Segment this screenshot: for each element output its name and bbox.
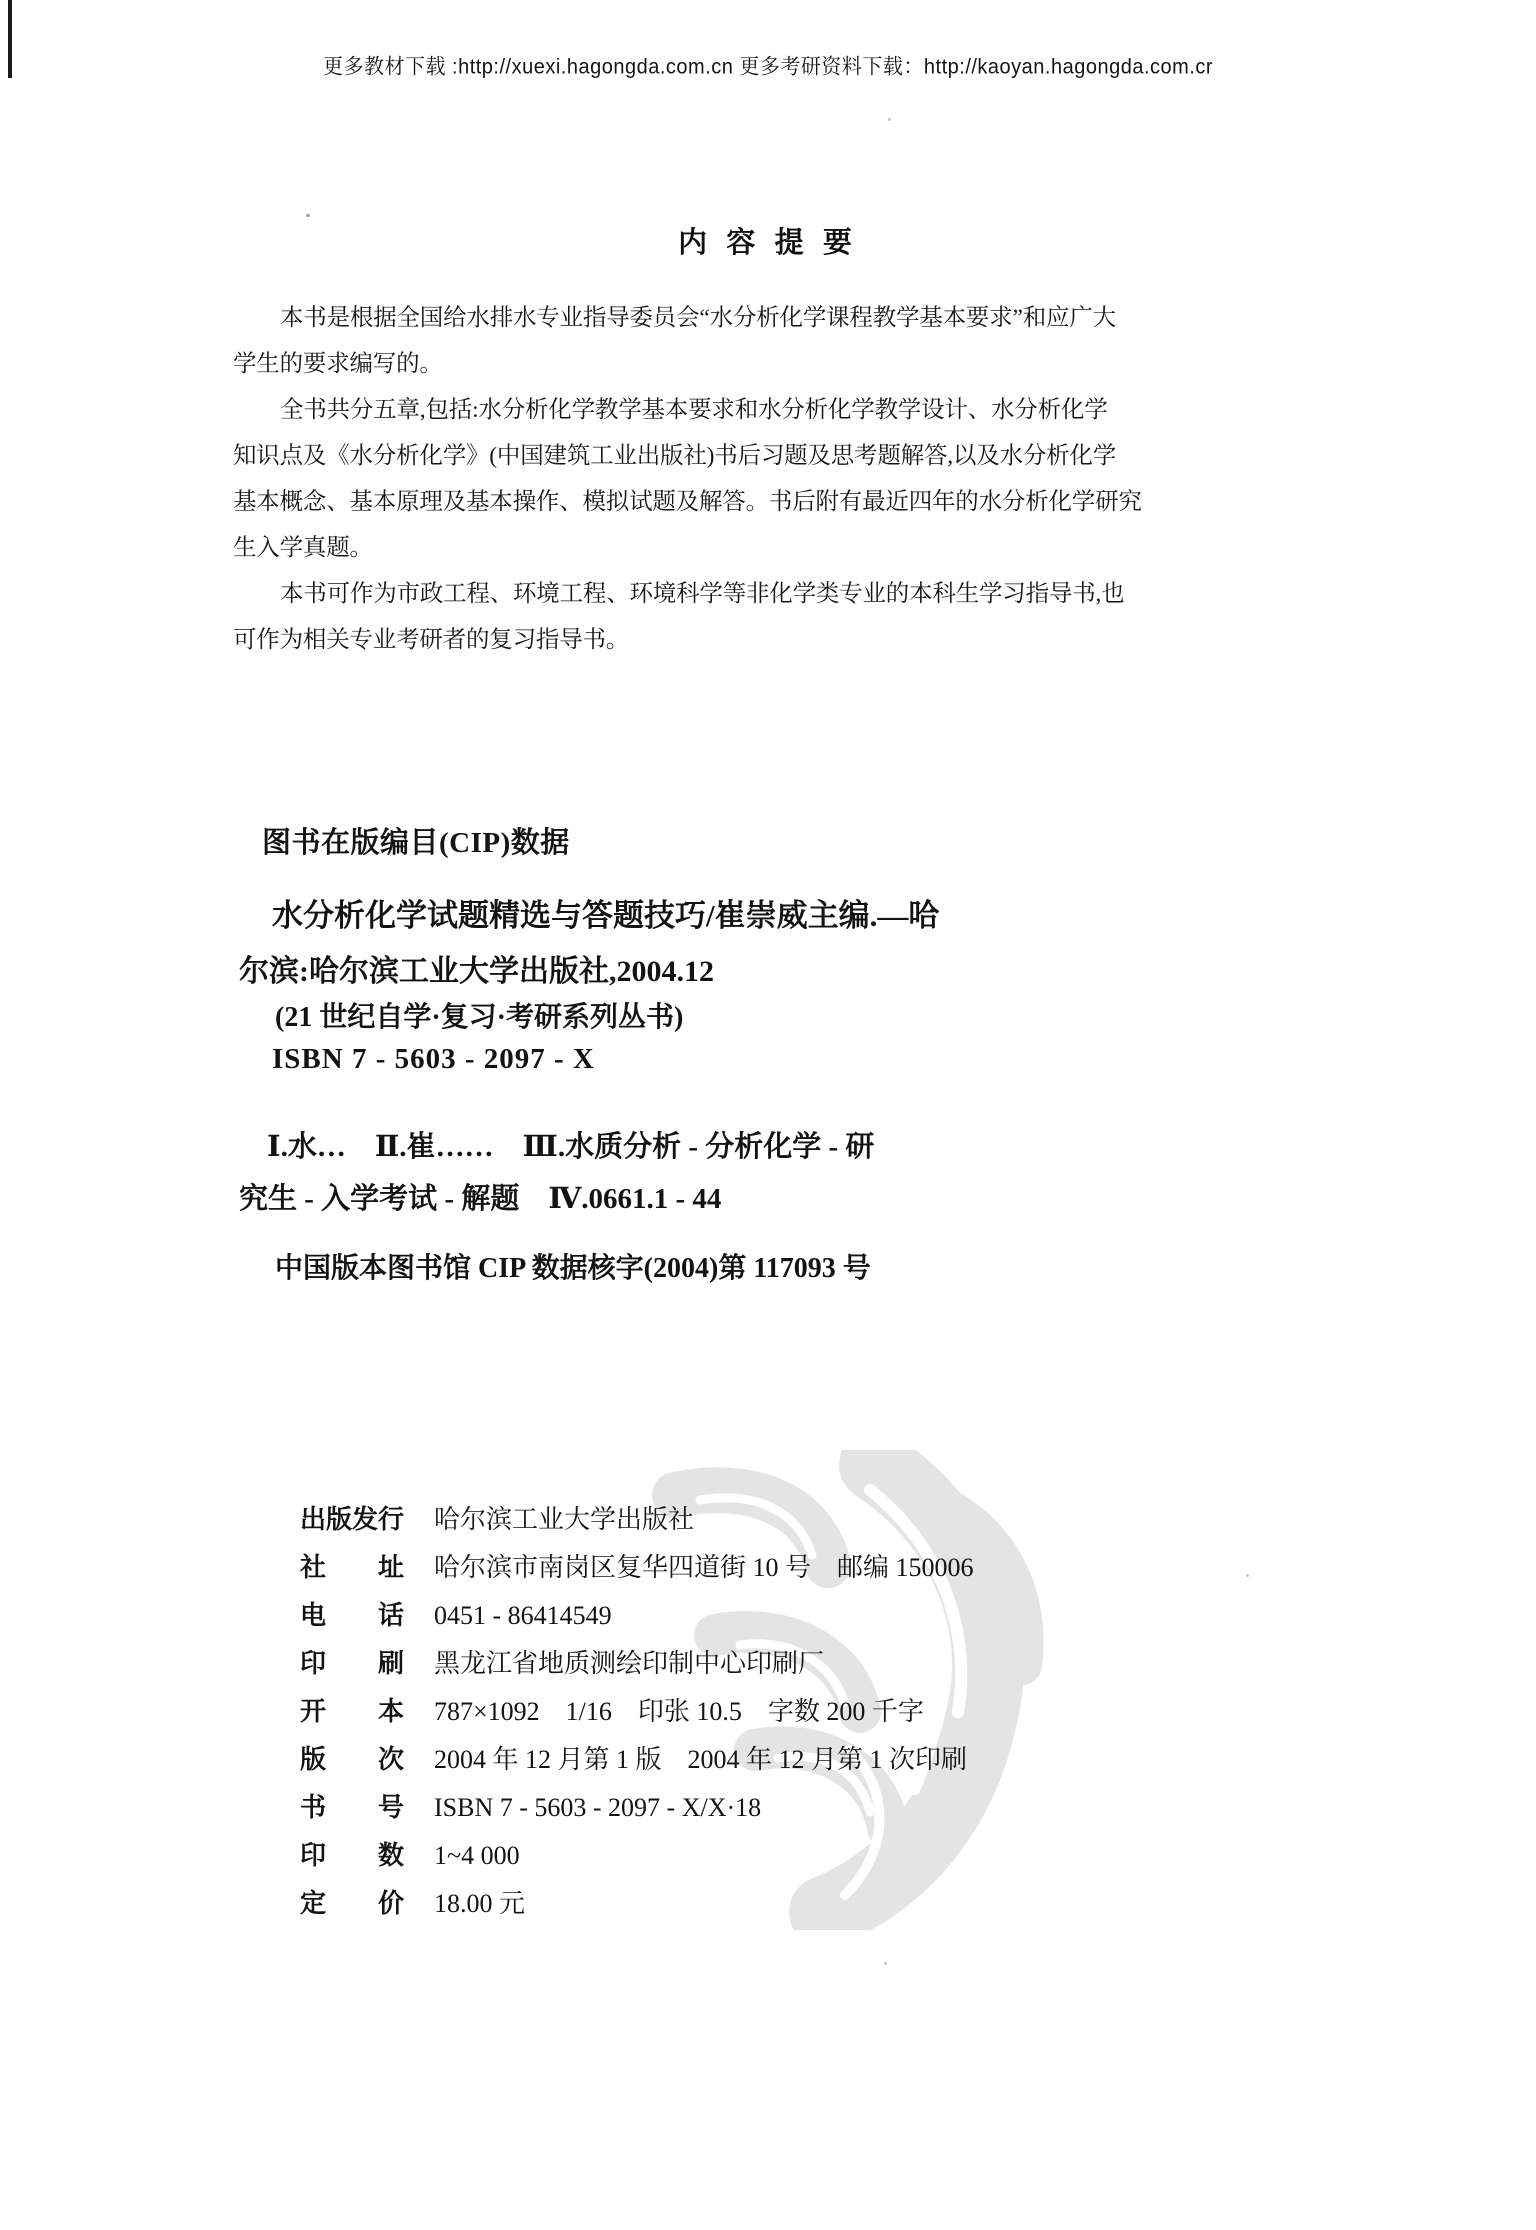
scan-speck (884, 1962, 887, 1965)
cip-registry-number: 中国版本图书馆 CIP 数据核字(2004)第 117093 号 (275, 1246, 871, 1286)
scan-speck (1246, 1574, 1249, 1577)
colophon-row: 定 价 18.00 元 (300, 1880, 974, 1928)
scan-speck (306, 214, 310, 217)
summary-line: 生入学真题。 (233, 525, 1093, 571)
colophon-row: 版 次 2004 年 12 月第 1 版 2004 年 12 月第 1 次印刷 (300, 1736, 974, 1784)
colophon-row: 书 号 ISBN 7 - 5603 - 2097 - X/X·18 (300, 1784, 974, 1832)
colophon-row: 出版发行 哈尔滨工业大学出版社 (300, 1496, 974, 1544)
cip-line: 尔滨:哈尔滨工业大学出版社,2004.12 (239, 946, 714, 990)
colophon-label: 出版发行 (300, 1496, 406, 1544)
colophon-block: 出版发行 哈尔滨工业大学出版社 社 址 哈尔滨市南岗区复华四道街 10 号 邮编… (300, 1496, 974, 1928)
colophon-label: 电 话 (300, 1592, 406, 1640)
colophon-label: 社 址 (300, 1544, 406, 1592)
download-links-header: 更多教材下载 :http://xuexi.hagongda.com.cn 更多考… (0, 49, 1536, 79)
colophon-label: 印 刷 (300, 1640, 406, 1688)
colophon-value: 2004 年 12 月第 1 版 2004 年 12 月第 1 次印刷 (434, 1736, 967, 1784)
cip-heading: 图书在版编目(CIP)数据 (262, 820, 570, 861)
colophon-value: 哈尔滨工业大学出版社 (434, 1496, 694, 1544)
colophon-label: 开 本 (300, 1688, 406, 1736)
scan-speck (888, 118, 891, 121)
colophon-value: 18.00 元 (434, 1880, 525, 1928)
colophon-value: 787×1092 1/16 印张 10.5 字数 200 千字 (434, 1688, 924, 1736)
cip-line: 水分析化学试题精选与答题技巧/崔崇威主编.—哈 (272, 890, 939, 935)
summary-line: 学生的要求编写的。 (233, 341, 1093, 387)
colophon-value: 哈尔滨市南岗区复华四道街 10 号 邮编 150006 (434, 1544, 974, 1592)
colophon-label: 定 价 (300, 1880, 406, 1928)
summary-line: 本书可作为市政工程、环境工程、环境科学等非化学类专业的本科生学习指导书,也 (233, 571, 1093, 617)
summary-line: 本书是根据全国给水排水专业指导委员会“水分析化学课程教学基本要求”和应广大 (233, 295, 1093, 341)
colophon-value: 黑龙江省地质测绘印制中心印刷厂 (434, 1640, 824, 1688)
summary-line: 基本概念、基本原理及基本操作、模拟试题及解答。书后附有最近四年的水分析化学研究 (233, 479, 1093, 525)
colophon-label: 版 次 (300, 1736, 406, 1784)
scanned-page: 更多教材下载 :http://xuexi.hagongda.com.cn 更多考… (0, 0, 1536, 2230)
summary-line: 可作为相关专业考研者的复习指导书。 (233, 617, 1093, 663)
colophon-row: 开 本 787×1092 1/16 印张 10.5 字数 200 千字 (300, 1688, 974, 1736)
cip-line: 究生 - 入学考试 - 解题 Ⅳ.0661.1 - 44 (239, 1176, 721, 1217)
cip-line: (21 世纪自学·复习·考研系列丛书) (275, 995, 683, 1035)
summary-line: 全书共分五章,包括:水分析化学教学基本要求和水分析化学教学设计、水分析化学 (233, 387, 1093, 433)
colophon-label: 印 数 (300, 1832, 406, 1880)
colophon-value: 0451 - 86414549 (434, 1592, 612, 1640)
summary-line: 知识点及《水分析化学》(中国建筑工业出版社)书后习题及思考题解答,以及水分析化学 (233, 433, 1093, 479)
colophon-row: 印 刷 黑龙江省地质测绘印制中心印刷厂 (300, 1640, 974, 1688)
summary-paragraphs: 本书是根据全国给水排水专业指导委员会“水分析化学课程教学基本要求”和应广大 学生… (233, 295, 1093, 663)
colophon-row: 社 址 哈尔滨市南岗区复华四道街 10 号 邮编 150006 (300, 1544, 974, 1592)
colophon-row: 电 话 0451 - 86414549 (300, 1592, 974, 1640)
colophon-value: ISBN 7 - 5603 - 2097 - X/X·18 (434, 1784, 761, 1832)
cip-isbn: ISBN 7 - 5603 - 2097 - X (272, 1043, 595, 1076)
colophon-row: 印 数 1~4 000 (300, 1832, 974, 1880)
colophon-value: 1~4 000 (434, 1832, 520, 1880)
cip-line: Ⅰ.水… Ⅱ.崔…… Ⅲ.水质分析 - 分析化学 - 研 (267, 1124, 874, 1165)
page-title: 内 容 提 要 (0, 220, 1536, 261)
colophon-label: 书 号 (300, 1784, 406, 1832)
